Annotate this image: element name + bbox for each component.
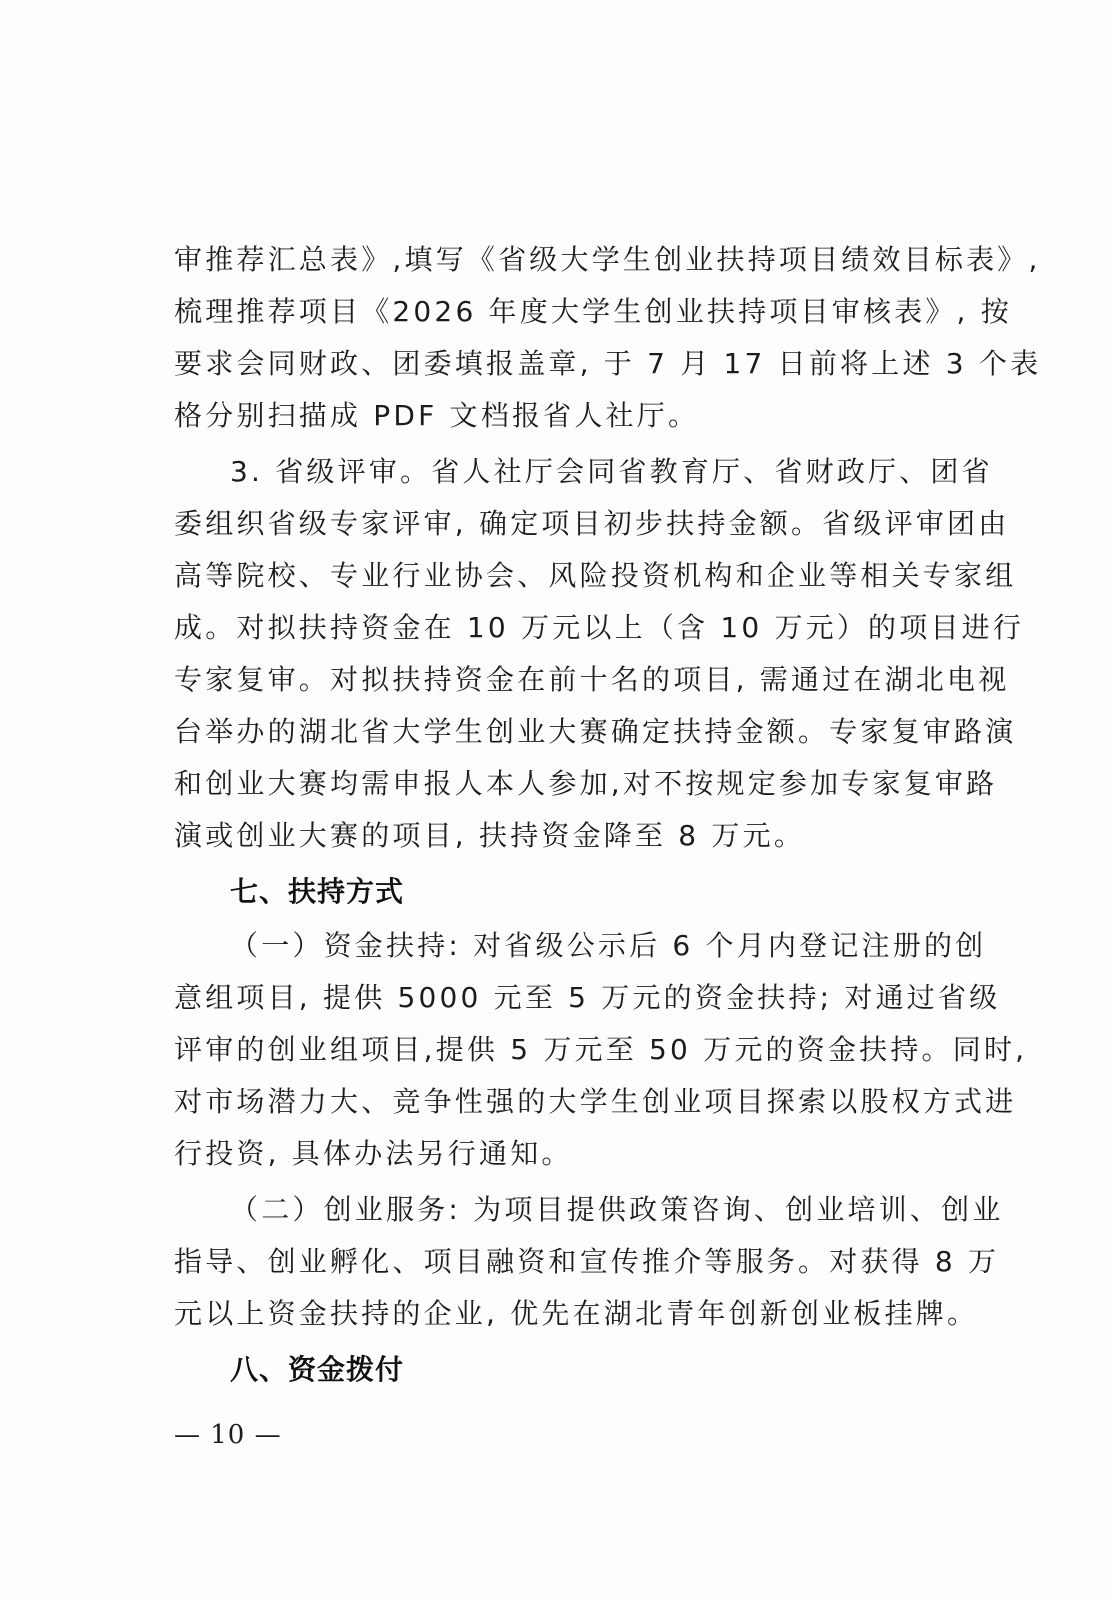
- section-heading-support-methods: 七、扶持方式: [230, 872, 934, 912]
- body-text-line: 成。对拟扶持资金在 10 万元以上（含 10 万元）的项目进行: [174, 608, 934, 648]
- body-text-line: 梳理推荐项目《2026 年度大学生创业扶持项目审核表》, 按: [174, 292, 934, 332]
- body-text-line: 行投资, 具体办法另行通知。: [174, 1134, 934, 1174]
- body-text-line: 演或创业大赛的项目, 扶持资金降至 8 万元。: [174, 816, 934, 856]
- document-page: 审推荐汇总表》,填写《省级大学生创业扶持项目绩效目标表》, 梳理推荐项目《202…: [0, 0, 1110, 1600]
- subsection-funding-support: （一）资金扶持: 对省级公示后 6 个月内登记注册的创: [230, 926, 934, 966]
- body-text-line: 意组项目, 提供 5000 元至 5 万元的资金扶持; 对通过省级: [174, 978, 934, 1018]
- section-heading-fund-allocation: 八、资金拨付: [230, 1350, 934, 1390]
- body-text-line: 台举办的湖北省大学生创业大赛确定扶持金额。专家复审路演: [174, 712, 934, 752]
- body-text-line: 委组织省级专家评审, 确定项目初步扶持金额。省级评审团由: [174, 504, 934, 544]
- page-number: — 10 —: [174, 1418, 282, 1452]
- body-text-line: 对市场潜力大、竞争性强的大学生创业项目探索以股权方式进: [174, 1082, 934, 1122]
- section-3-provincial-review: 3. 省级评审。省人社厅会同省教育厅、省财政厅、团省: [230, 452, 934, 492]
- body-text-line: 审推荐汇总表》,填写《省级大学生创业扶持项目绩效目标表》,: [174, 240, 934, 280]
- body-text-line: 和创业大赛均需申报人本人参加,对不按规定参加专家复审路: [174, 764, 934, 804]
- body-text-line: 评审的创业组项目,提供 5 万元至 50 万元的资金扶持。同时,: [174, 1030, 934, 1070]
- body-text-line: 高等院校、专业行业协会、风险投资机构和企业等相关专家组: [174, 556, 934, 596]
- subsection-startup-services: （二）创业服务: 为项目提供政策咨询、创业培训、创业: [230, 1190, 934, 1230]
- body-text-line: 要求会同财政、团委填报盖章, 于 7 月 17 日前将上述 3 个表: [174, 344, 934, 384]
- body-text-line: 格分别扫描成 PDF 文档报省人社厅。: [174, 396, 934, 436]
- body-text-line: 元以上资金扶持的企业, 优先在湖北青年创新创业板挂牌。: [174, 1294, 934, 1334]
- body-text-line: 指导、创业孵化、项目融资和宣传推介等服务。对获得 8 万: [174, 1242, 934, 1282]
- body-text-line: 专家复审。对拟扶持资金在前十名的项目, 需通过在湖北电视: [174, 660, 934, 700]
